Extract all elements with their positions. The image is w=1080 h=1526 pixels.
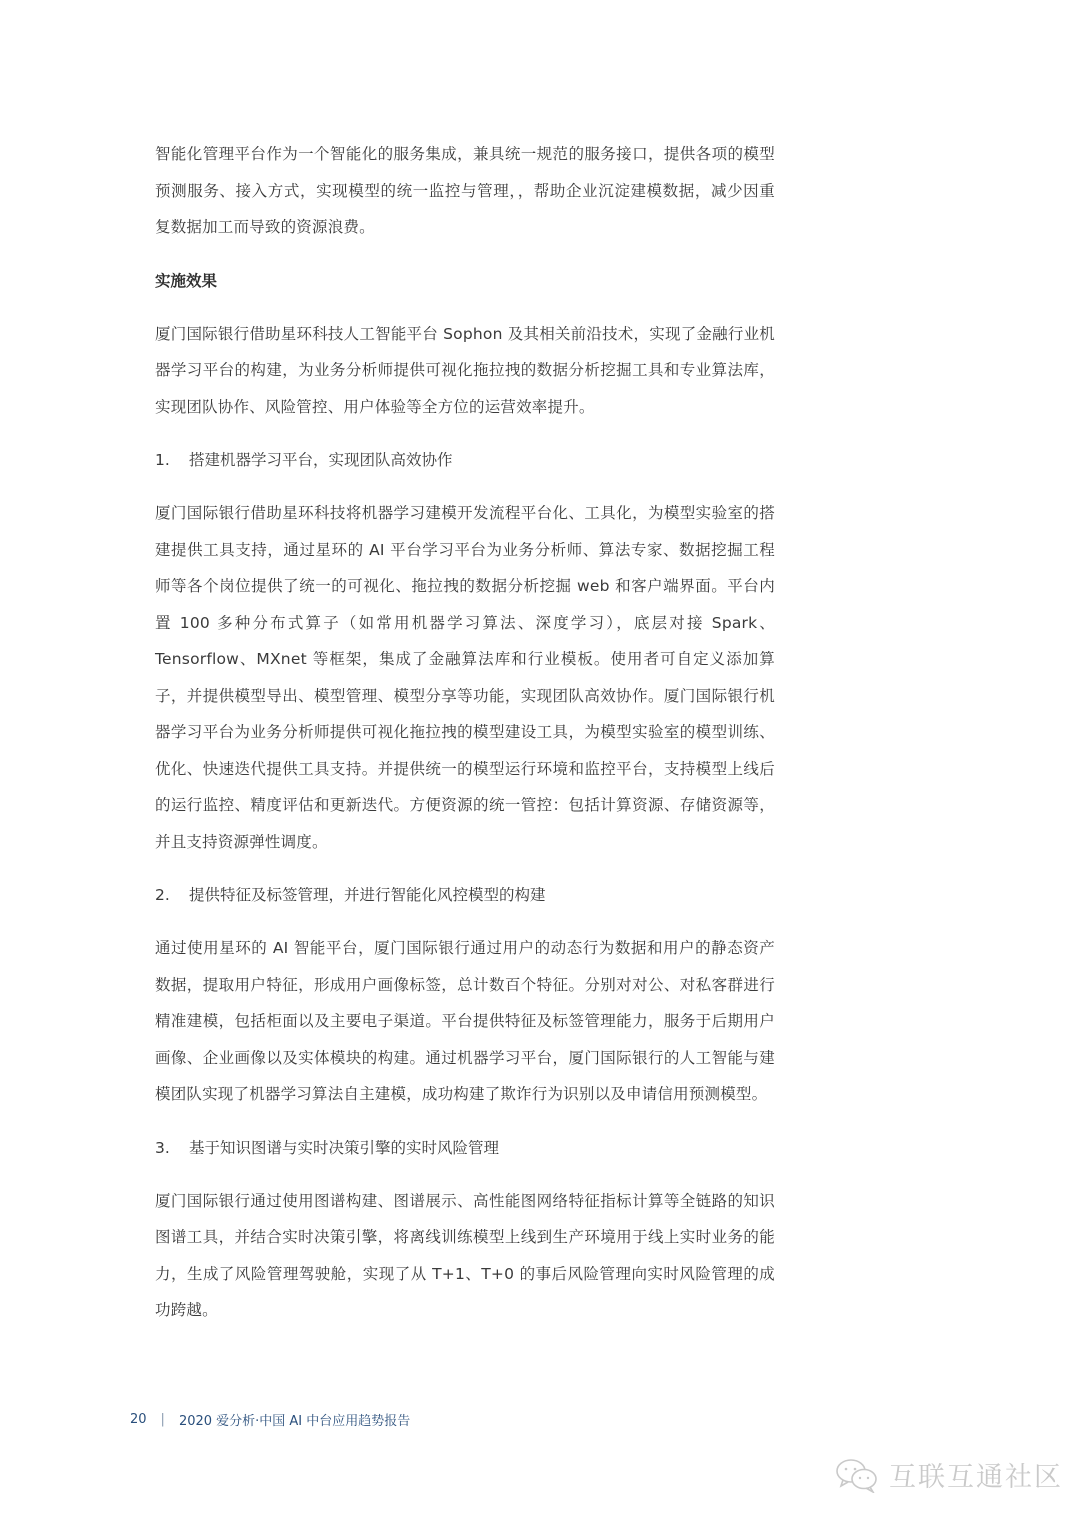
- list-item-body-2: 通过使用星环的 AI 智能平台，厦门国际银行通过用户的动态行为数据和用户的静态资…: [155, 930, 775, 1113]
- list-number: 1.: [155, 442, 189, 478]
- wechat-icon: [835, 1457, 879, 1493]
- footer-separator: |: [161, 1412, 165, 1427]
- list-number: 3.: [155, 1130, 189, 1166]
- document-page: 智能化管理平台作为一个智能化的服务集成，兼具统一规范的服务接口，提供各项的模型预…: [0, 0, 1080, 1526]
- page-content: 智能化管理平台作为一个智能化的服务集成，兼具统一规范的服务接口，提供各项的模型预…: [155, 136, 775, 1346]
- list-title: 基于知识图谱与实时决策引擎的实时风险管理: [189, 1130, 499, 1166]
- page-footer: 20 | 2020 爱分析·中国 AI 中台应用趋势报告: [130, 1410, 410, 1429]
- list-item-heading-3: 3. 基于知识图谱与实时决策引擎的实时风险管理: [155, 1130, 775, 1166]
- watermark: 互联互通社区: [835, 1455, 1063, 1494]
- section-heading: 实施效果: [155, 263, 775, 299]
- page-number: 20: [130, 1412, 147, 1427]
- list-item-body-3: 厦门国际银行通过使用图谱构建、图谱展示、高性能图网络特征指标计算等全链路的知识图…: [155, 1183, 775, 1329]
- list-title: 提供特征及标签管理，并进行智能化风控模型的构建: [189, 877, 546, 913]
- section-paragraph: 厦门国际银行借助星环科技人工智能平台 Sophon 及其相关前沿技术，实现了金融…: [155, 316, 775, 426]
- list-item-heading-1: 1. 搭建机器学习平台，实现团队高效协作: [155, 442, 775, 478]
- list-number: 2.: [155, 877, 189, 913]
- list-item-heading-2: 2. 提供特征及标签管理，并进行智能化风控模型的构建: [155, 877, 775, 913]
- report-title: 2020 爱分析·中国 AI 中台应用趋势报告: [179, 1410, 410, 1429]
- list-title: 搭建机器学习平台，实现团队高效协作: [189, 442, 453, 478]
- watermark-text: 互联互通社区: [889, 1455, 1063, 1494]
- intro-paragraph: 智能化管理平台作为一个智能化的服务集成，兼具统一规范的服务接口，提供各项的模型预…: [155, 136, 775, 246]
- list-item-body-1: 厦门国际银行借助星环科技将机器学习建模开发流程平台化、工具化，为模型实验室的搭建…: [155, 495, 775, 860]
